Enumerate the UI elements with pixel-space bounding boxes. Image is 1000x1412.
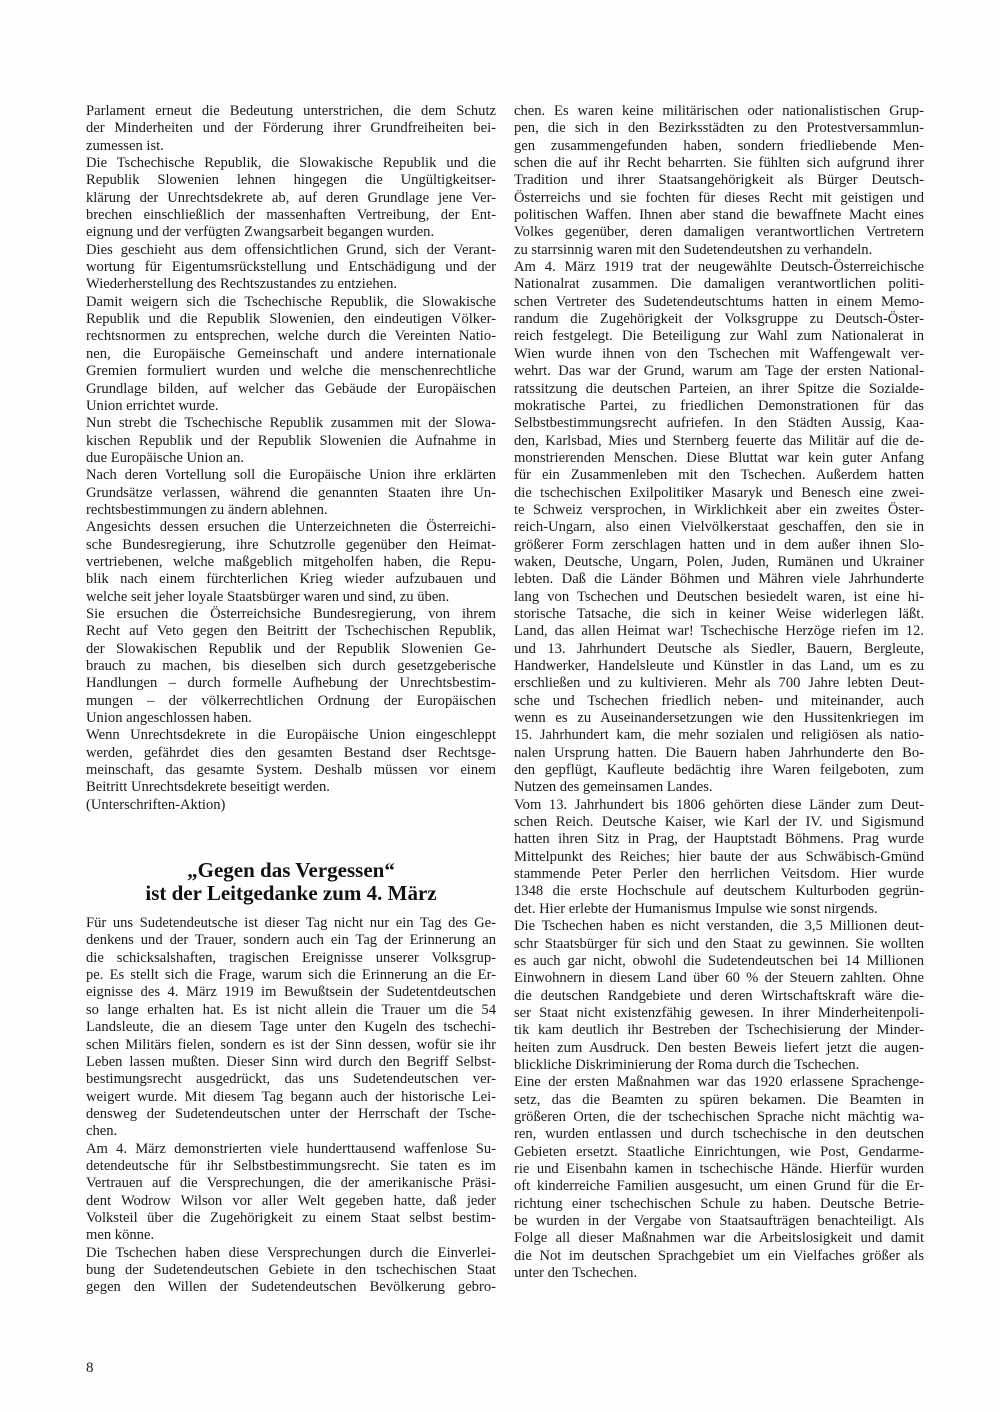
text-line: chen. Es waren keine militärischen oder … (514, 103, 924, 120)
text-line: due Europäische Union an. (86, 450, 496, 467)
text-line: randum die Zugehörigkeit der Volksgruppe… (514, 311, 924, 328)
text-line: Grundlage bilden, auf welcher das Gebäud… (86, 381, 496, 398)
text-line: richtung einer tschechischen Schule zu h… (514, 1196, 924, 1213)
text-line: mungen – der völkerrechtlichen Ordnung d… (86, 693, 496, 710)
text-line: sche Bundesregierung, ihre Schutzrolle g… (86, 537, 496, 554)
article-text-left: Für uns Sudetendeutsche ist dieser Tag n… (86, 915, 496, 1297)
text-line: Gebieten ersetzt. Staatliche Einrichtung… (514, 1144, 924, 1161)
text-line: waken, Deutsche, Ungarn, Polen, Juden, R… (514, 554, 924, 571)
text-line: wortung für Eigentumsrückstellung und En… (86, 259, 496, 276)
paragraph: Die Tschechen haben diese Versprechungen… (86, 1245, 496, 1297)
text-line: die Not im deutschen Sprachgebiet um ein… (514, 1248, 924, 1265)
article-text-right: chen. Es waren keine militärischen oder … (514, 103, 924, 1282)
text-line: Einwohnern in diesem Land über 60 % der … (514, 970, 924, 987)
text-line: die schicksalshaften, tragischen Ereigni… (86, 950, 496, 967)
paragraph: Am 4. März 1919 trat der neugewählte Deu… (514, 259, 924, 797)
text-line: Damit weigern sich die Tschechische Repu… (86, 294, 496, 311)
right-column: chen. Es waren keine militärischen oder … (514, 103, 924, 1282)
text-line: densweg der Sudetendeutschen unter der H… (86, 1106, 496, 1123)
text-line: bung der Sudetendeutschen Gebiete in den… (86, 1262, 496, 1279)
page-number: 8 (86, 1360, 94, 1377)
text-line: Nationalrat zusammen. Die damaligen vera… (514, 276, 924, 293)
text-line: detendeutsche für ihr Selbstbestimmungsr… (86, 1158, 496, 1175)
text-line: der Slowakischen Republik und der Republ… (86, 641, 496, 658)
text-line: Vom 13. Jahrhundert bis 1806 gehörten di… (514, 797, 924, 814)
paragraph: Dies geschieht aus dem offensichtlichen … (86, 242, 496, 294)
text-line: Die Tschechen haben es nicht verstanden,… (514, 918, 924, 935)
text-line: schen Reich. Deutsche Kaiser, wie Karl d… (514, 814, 924, 831)
text-line: vertriebenen, welche maßgeblich mitgehol… (86, 554, 496, 571)
text-line: Am 4. März 1919 trat der neugewählte Deu… (514, 259, 924, 276)
text-line: Nutzen des gemeinsamen Landes. (514, 779, 924, 796)
text-line: größeren Orten, die der tschechischen Sp… (514, 1109, 924, 1126)
text-line: dent Wodrow Wilson vor aller Welt gegebe… (86, 1193, 496, 1210)
text-line: ren, wurden entlassen und durch tschechi… (514, 1126, 924, 1143)
text-line: chen. (86, 1123, 496, 1140)
text-line: 1348 die erste Hochschule auf deutschem … (514, 883, 924, 900)
text-line: gegen den Willen der Sudetendeutschen Be… (86, 1279, 496, 1296)
text-line: nalen Ursprung hatten. Die Bauern haben … (514, 745, 924, 762)
text-line: brechen einschließlich der massenhaften … (86, 207, 496, 224)
paragraph: Sie ersuchen die Österreichsiche Bundesr… (86, 606, 496, 727)
text-line: Volkes gegenüber, deren damaligen verant… (514, 224, 924, 241)
text-line: Land, das allen Heimat war! Tschechische… (514, 623, 924, 640)
text-line: Recht auf Veto gegen den Beitritt der Ts… (86, 623, 496, 640)
text-line: Republik und die Republik Slowenien, den… (86, 311, 496, 328)
paragraph: Nach deren Vortellung soll die Europäisc… (86, 467, 496, 519)
text-line: klärung der Unrechtsdekrete ab, auf dere… (86, 190, 496, 207)
text-line: storische Tatsache, die sich in keiner W… (514, 606, 924, 623)
text-line: lang von Tschechen und Deutschen besiede… (514, 589, 924, 606)
paragraph: Die Tschechen haben es nicht verstanden,… (514, 918, 924, 1074)
text-line: zumessen ist. (86, 138, 496, 155)
text-line: stammende Peter Perler den herrlichen Ve… (514, 866, 924, 883)
text-line: es auch gar nicht, obwohl die Sudetendeu… (514, 953, 924, 970)
text-line: mokratische Partei, zu friedlichen Demon… (514, 398, 924, 415)
text-line: Die Tschechen haben diese Versprechungen… (86, 1245, 496, 1262)
text-line: Landsleute, die an diesem Tage unter den… (86, 1019, 496, 1036)
text-line: reich festgelegt. Die Beteiligung zur Wa… (514, 328, 924, 345)
text-line: Am 4. März demonstrierten viele hundertt… (86, 1141, 496, 1158)
text-line: Parlament erneut die Bedeutung unterstri… (86, 103, 496, 120)
paragraph: Vom 13. Jahrhundert bis 1806 gehörten di… (514, 797, 924, 918)
text-line: det. Hier erlebte der Humanismus Impulse… (514, 901, 924, 918)
text-line: weigert wurde. Mit diesem Tag begann auc… (86, 1089, 496, 1106)
text-line: meinschaft, das gesamte System. Deshalb … (86, 762, 496, 779)
text-line: Tradition und ihrer Staatsangehörigkeit … (514, 172, 924, 189)
text-line: be wurden in der Vergabe von Staatsauftr… (514, 1213, 924, 1230)
text-line: Handwerker, Handelsleute und Künstler in… (514, 658, 924, 675)
text-line: oft kinderreiche Familien ausgesucht, um… (514, 1178, 924, 1195)
text-line: Wiederherstellung des Rechtszustandes zu… (86, 276, 496, 293)
text-line: eignung und der verfügten Zwangsarbeit b… (86, 224, 496, 241)
text-line: Nun strebt die Tschechische Republik zus… (86, 415, 496, 432)
text-line: Sie ersuchen die Österreichsiche Bundesr… (86, 606, 496, 623)
text-line: bestimungsrecht ausgedrückt, das uns Sud… (86, 1071, 496, 1088)
heading-line-1: „Gegen das Vergessen“ (86, 859, 496, 882)
text-line: ratssitzung die deutschen Parteien, an i… (514, 381, 924, 398)
text-line: Union angeschlossen haben. (86, 710, 496, 727)
paragraph: Wenn Unrechtsdekrete in die Europäische … (86, 727, 496, 796)
text-line: Vertrauen auf die Versprechungen, die de… (86, 1175, 496, 1192)
text-line: Volksteil über die Zugehörigkeit zu eine… (86, 1210, 496, 1227)
text-line: Republik Slowenien lehnen hingegen die U… (86, 172, 496, 189)
text-line: so lange erhalten hat. Es ist nicht alle… (86, 1002, 496, 1019)
text-line: politischen Waffen. Ihnen aber stand die… (514, 207, 924, 224)
text-line: Union errichtet wurde. (86, 398, 496, 415)
text-line: den, Karlsbad, Mies und Sternberg feuert… (514, 433, 924, 450)
text-line: Für uns Sudetendeutsche ist dieser Tag n… (86, 915, 496, 932)
text-line: Leben lassen mußten. Dieser Sinn wird du… (86, 1054, 496, 1071)
text-line: die tschechischen Exilpolitiker Masaryk … (514, 485, 924, 502)
text-line: sche und Tschechen friedlich neben- und … (514, 693, 924, 710)
text-line: setz, das die Beamten zu spüren bekamen.… (514, 1092, 924, 1109)
text-line: Nach deren Vortellung soll die Europäisc… (86, 467, 496, 484)
text-line: Grundsätze verlassen, während die genann… (86, 485, 496, 502)
text-line: schen die auf ihr Recht beharrten. Sie f… (514, 155, 924, 172)
text-line: blickliche Diskriminierung der Roma durc… (514, 1057, 924, 1074)
text-line: schr Staatsbürger für sich und den Staat… (514, 936, 924, 953)
text-line: brauch zu machen, bis dieselben sich dur… (86, 658, 496, 675)
text-line: eignisse des 4. März 1919 im Bewußtsein … (86, 984, 496, 1001)
text-line: pe. Es stellt sich die Frage, warum sich… (86, 967, 496, 984)
text-line: Österreichs und sie fochten für dieses R… (514, 190, 924, 207)
text-line: unter den Tschechen. (514, 1265, 924, 1282)
paragraph: (Unterschriften-Aktion) (86, 797, 496, 814)
text-line: rechtsnormen zu entsprechen, welche durc… (86, 328, 496, 345)
text-line: ser Staat nicht existenzfähig gewesen. I… (514, 1005, 924, 1022)
heading-line-2: ist der Leitgedanke zum 4. März (86, 882, 496, 905)
document-page: Parlament erneut die Bedeutung unterstri… (0, 0, 1000, 1412)
text-line: der Minderheiten und der Förderung ihrer… (86, 120, 496, 137)
text-line: monstrierenden Menschen. Diese Bluttat w… (514, 450, 924, 467)
text-line: die deutschen Randgebiete und deren Wirt… (514, 988, 924, 1005)
text-line: und 13. Jahrhundert Deutsche als Siedler… (514, 641, 924, 658)
text-line: für ein Zusammenleben mit den Tschechen.… (514, 467, 924, 484)
text-line: Angesichts dessen ersuchen die Unterzeic… (86, 519, 496, 536)
left-column: Parlament erneut die Bedeutung unterstri… (86, 103, 496, 1297)
text-line: tik kam deutlich ihr Bestreben der Tsche… (514, 1022, 924, 1039)
text-line: (Unterschriften-Aktion) (86, 797, 496, 814)
article-heading: „Gegen das Vergessen“ ist der Leitgedank… (86, 859, 496, 905)
text-line: men könne. (86, 1227, 496, 1244)
text-line: reich-Ungarn, also einen Vielvölkerstaat… (514, 519, 924, 536)
text-line: lebten. Daß die Länder Böhmen und Mähren… (514, 571, 924, 588)
paragraph: Für uns Sudetendeutsche ist dieser Tag n… (86, 915, 496, 1140)
text-line: rie und Eisenbahn kamen in tschechische … (514, 1161, 924, 1178)
text-line: kischen Republik und der Republik Slowen… (86, 433, 496, 450)
text-line: rechtsbestimmungen zu ändern ablehnen. (86, 502, 496, 519)
text-line: schen Militärs fielen, sondern es ist de… (86, 1037, 496, 1054)
paragraph: Eine der ersten Maßnahmen war das 1920 e… (514, 1074, 924, 1282)
paragraph: Parlament erneut die Bedeutung unterstri… (86, 103, 496, 155)
text-line: pen, die sich in den Bezirksstädten zu d… (514, 120, 924, 137)
paragraph: Nun strebt die Tschechische Republik zus… (86, 415, 496, 467)
text-line: welche seit jeher loyale Staatsbürger wa… (86, 589, 496, 606)
text-line: werden, gefährdet dies den gesamten Best… (86, 745, 496, 762)
text-line: Die Tschechische Republik, die Slowakisc… (86, 155, 496, 172)
text-line: zu starrsinnig waren mit den Sudetendeut… (514, 242, 924, 259)
paragraph: chen. Es waren keine militärischen oder … (514, 103, 924, 259)
text-line: den gepflügt, Kaufleute bedächtig ihre W… (514, 762, 924, 779)
text-line: Selbstbestimmungsrecht aufriefen. In den… (514, 415, 924, 432)
text-line: Eine der ersten Maßnahmen war das 1920 e… (514, 1074, 924, 1091)
text-line: Dies geschieht aus dem offensichtlichen … (86, 242, 496, 259)
paragraph: Damit weigern sich die Tschechische Repu… (86, 294, 496, 415)
text-line: denkens und der Trauer, sondern auch ein… (86, 932, 496, 949)
text-line: nen, die Europäische Gemeinschaft und an… (86, 346, 496, 363)
text-line: heiten zum Ausdruck. Den besten Beweis l… (514, 1040, 924, 1057)
text-line: Gremien formuliert wurden und welche die… (86, 363, 496, 380)
text-line: schen Vertreter des Sudetendeutschtums h… (514, 294, 924, 311)
text-line: Mittelpunkt des Reiches; hier baute der … (514, 849, 924, 866)
text-line: Handlungen – durch formelle Aufhebung de… (86, 675, 496, 692)
paragraph: Angesichts dessen ersuchen die Unterzeic… (86, 519, 496, 606)
text-line: Folge all dieser Maßnahmen war die Arbei… (514, 1230, 924, 1247)
paragraph: Am 4. März demonstrierten viele hundertt… (86, 1141, 496, 1245)
text-line: te Schweiz versprochen, in Wirklichkeit … (514, 502, 924, 519)
text-line: wenn es zu Auseinandersetzungen wie den … (514, 710, 924, 727)
text-line: hatten ihren Sitz in Prag, der Hauptstad… (514, 831, 924, 848)
text-line: Wien wurde ihnen von den Tschechen mit W… (514, 346, 924, 363)
text-line: erschließen und zu kultivieren. Mehr als… (514, 675, 924, 692)
paragraph: Die Tschechische Republik, die Slowakisc… (86, 155, 496, 242)
text-line: gen zusammengefunden haben, sondern frie… (514, 138, 924, 155)
text-line: größerer Form zerschlagen hatten und in … (514, 537, 924, 554)
text-line: blik nach einem fürchterlichen Krieg wie… (86, 571, 496, 588)
text-line: Wenn Unrechtsdekrete in die Europäische … (86, 727, 496, 744)
text-line: 15. Jahrhundert kam, die mehr sozialen u… (514, 727, 924, 744)
petition-text: Parlament erneut die Bedeutung unterstri… (86, 103, 496, 814)
text-line: Beitritt Unrechtsdekrete beseitigt werde… (86, 779, 496, 796)
text-line: wehrt. Das war der Grund, warum am Tage … (514, 363, 924, 380)
